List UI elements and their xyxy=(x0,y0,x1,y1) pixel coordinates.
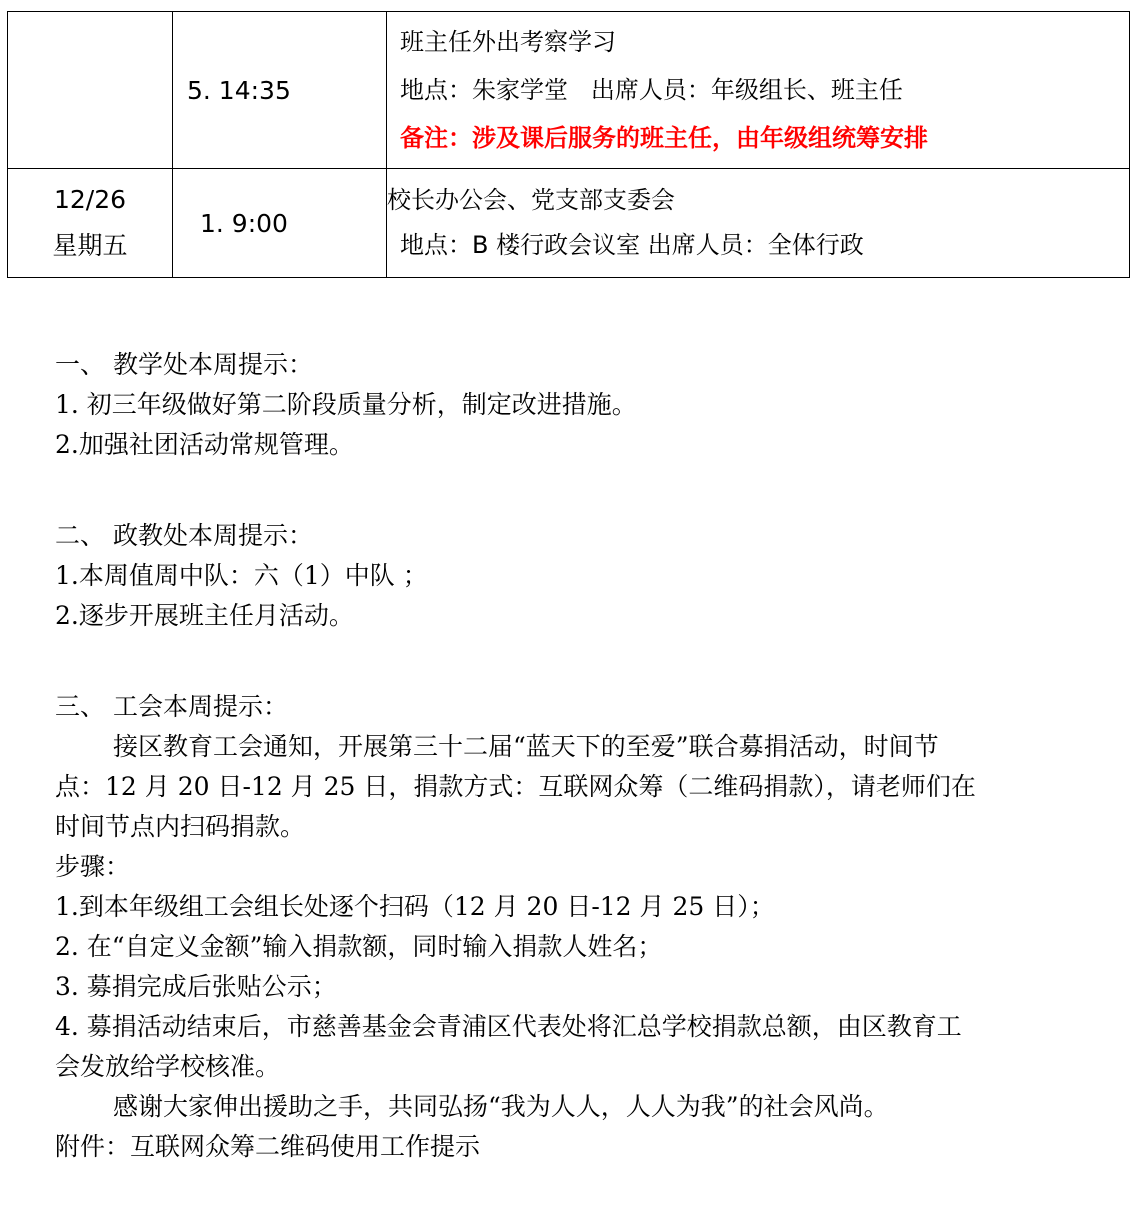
date-cell xyxy=(8,12,173,169)
list-item: 2.加强社团活动常规管理。 xyxy=(55,425,1085,465)
list-item: 2.逐步开展班主任月活动。 xyxy=(55,596,1085,636)
event-cell: 校长办公会、党支部支委会 地点：B 楼行政会议室 出席人员：全体行政 xyxy=(387,169,1130,278)
section-teaching: 一、 教学处本周提示： 1. 初三年级做好第二阶段质量分析，制定改进措施。 2.… xyxy=(55,345,1085,465)
intro-line: 接区教育工会通知，开展第三十二届“蓝天下的至爱”联合募捐活动，时间节 xyxy=(55,727,1085,767)
step-item: 3. 募捐完成后张贴公示； xyxy=(55,967,1085,1007)
notice-body: 一、 教学处本周提示： 1. 初三年级做好第二阶段质量分析，制定改进措施。 2.… xyxy=(55,345,1085,1167)
steps-label: 步骤： xyxy=(55,847,1085,887)
event-title: 班主任外出考察学习 xyxy=(400,18,1129,66)
attachment-line: 附件：互联网众筹二维码使用工作提示 xyxy=(55,1127,1085,1167)
date: 12/26 xyxy=(8,177,172,223)
event-title: 校长办公会、党支部支委会 xyxy=(387,178,1129,223)
section-union: 三、 工会本周提示： 接区教育工会通知，开展第三十二届“蓝天下的至爱”联合募捐活… xyxy=(55,687,1085,1167)
date-cell: 12/26 星期五 xyxy=(8,169,173,278)
thanks-line: 感谢大家伸出援助之手，共同弘扬“我为人人，人人为我”的社会风尚。 xyxy=(55,1087,1085,1127)
time-cell: 1. 9:00 xyxy=(173,169,387,278)
table-row: 5. 14:35 班主任外出考察学习 地点：朱家学堂 出席人员：年级组长、班主任… xyxy=(8,12,1130,169)
time: 5. 14:35 xyxy=(187,76,291,105)
section-heading: 三、 工会本周提示： xyxy=(55,687,1085,727)
schedule-table: 5. 14:35 班主任外出考察学习 地点：朱家学堂 出席人员：年级组长、班主任… xyxy=(7,11,1130,278)
table-row: 12/26 星期五 1. 9:00 校长办公会、党支部支委会 地点：B 楼行政会… xyxy=(8,169,1130,278)
section-heading: 一、 教学处本周提示： xyxy=(55,345,1085,385)
step-item: 4. 募捐活动结束后，市慈善基金会青浦区代表处将汇总学校捐款总额，由区教育工 xyxy=(55,1007,1085,1047)
event-cell: 班主任外出考察学习 地点：朱家学堂 出席人员：年级组长、班主任 备注：涉及课后服… xyxy=(387,12,1130,169)
weekday: 星期五 xyxy=(8,223,172,269)
time-cell: 5. 14:35 xyxy=(173,12,387,169)
step-item: 会发放给学校核准。 xyxy=(55,1047,1085,1087)
time: 1. 9:00 xyxy=(200,209,288,238)
event-detail: 地点：朱家学堂 出席人员：年级组长、班主任 xyxy=(400,66,1129,114)
section-political: 二、 政教处本周提示： 1.本周值周中队：六（1）中队 ； 2.逐步开展班主任月… xyxy=(55,516,1085,636)
step-item: 2. 在“自定义金额”输入捐款额，同时输入捐款人姓名； xyxy=(55,927,1085,967)
list-item: 1. 初三年级做好第二阶段质量分析，制定改进措施。 xyxy=(55,385,1085,425)
section-heading: 二、 政教处本周提示： xyxy=(55,516,1085,556)
intro-line: 时间节点内扫码捐款。 xyxy=(55,807,1085,847)
step-item: 1.到本年级组工会组长处逐个扫码（12 月 20 日-12 月 25 日）； xyxy=(55,887,1085,927)
list-item: 1.本周值周中队：六（1）中队 ； xyxy=(55,556,1085,596)
event-detail: 地点：B 楼行政会议室 出席人员：全体行政 xyxy=(387,223,1129,268)
intro-line: 点：12 月 20 日-12 月 25 日，捐款方式：互联网众筹（二维码捐款），… xyxy=(55,767,1085,807)
event-note: 备注：涉及课后服务的班主任，由年级组统筹安排 xyxy=(400,114,1129,162)
